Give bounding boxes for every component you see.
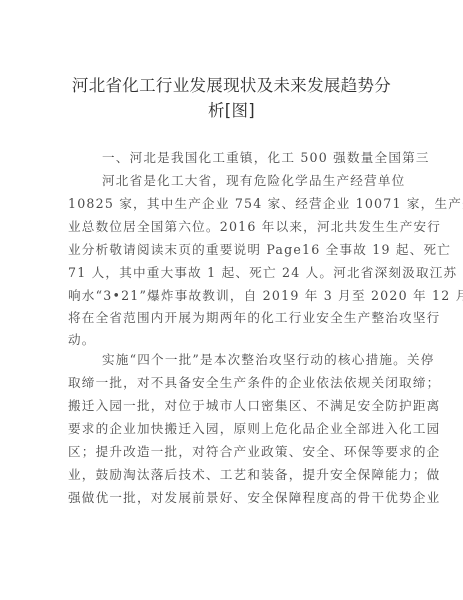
body-line: 要求的企业加快搬迁入园，原则上危化品企业全部进入化工园 bbox=[68, 421, 394, 437]
title-line-2: 析[图] bbox=[0, 98, 463, 123]
body-line: 取缔一批，对不具备安全生产条件的企业依法依规关闭取缔； bbox=[68, 375, 394, 391]
body-line: 一、河北是我国化工重镇，化工 500 强数量全国第三 bbox=[102, 150, 428, 166]
body-line: 实施“四个一批”是本次整治攻坚行动的核心措施。关停 bbox=[102, 352, 428, 368]
body-line: 动。 bbox=[68, 332, 394, 348]
body-line: 业，鼓励淘汰落后技术、工艺和装备，提升安全保障能力；做 bbox=[68, 467, 394, 483]
body-line: 强做优一批，对发展前景好、安全保障程度高的骨干优势企业 bbox=[68, 490, 394, 506]
body-line: 区；提升改造一批，对符合产业政策、安全、环保等要求的企 bbox=[68, 444, 394, 460]
body-line: 将在全省范围内开展为期两年的化工行业安全生产整治攻坚行 bbox=[68, 310, 394, 326]
title-line-1: 河北省化工行业发展现状及未来发展趋势分 bbox=[0, 73, 463, 98]
body-line: 业分析敬请阅读末页的重要说明 Page16 全事故 19 起、死亡 bbox=[68, 242, 394, 258]
body-line: 响水“3•21”爆炸事故教训，自 2019 年 3 月至 2020 年 12 月… bbox=[68, 288, 394, 304]
body-line: 河北省是化工大省，现有危险化学品生产经营单位 bbox=[102, 173, 428, 189]
body-line: 搬迁入园一批，对位于城市人口密集区、不满足安全防护距离 bbox=[68, 398, 394, 414]
body-line: 业总数位居全国第六位。2016 年以来，河北共发生生产安行 bbox=[68, 219, 394, 235]
body-line: 10825 家，其中生产企业 754 家、经营企业 10071 家，生产企 bbox=[68, 196, 394, 212]
body-line: 71 人，其中重大事故 1 起、死亡 24 人。河北省深刻汲取江苏 bbox=[68, 265, 394, 281]
document-title: 河北省化工行业发展现状及未来发展趋势分 析[图] bbox=[0, 73, 463, 123]
